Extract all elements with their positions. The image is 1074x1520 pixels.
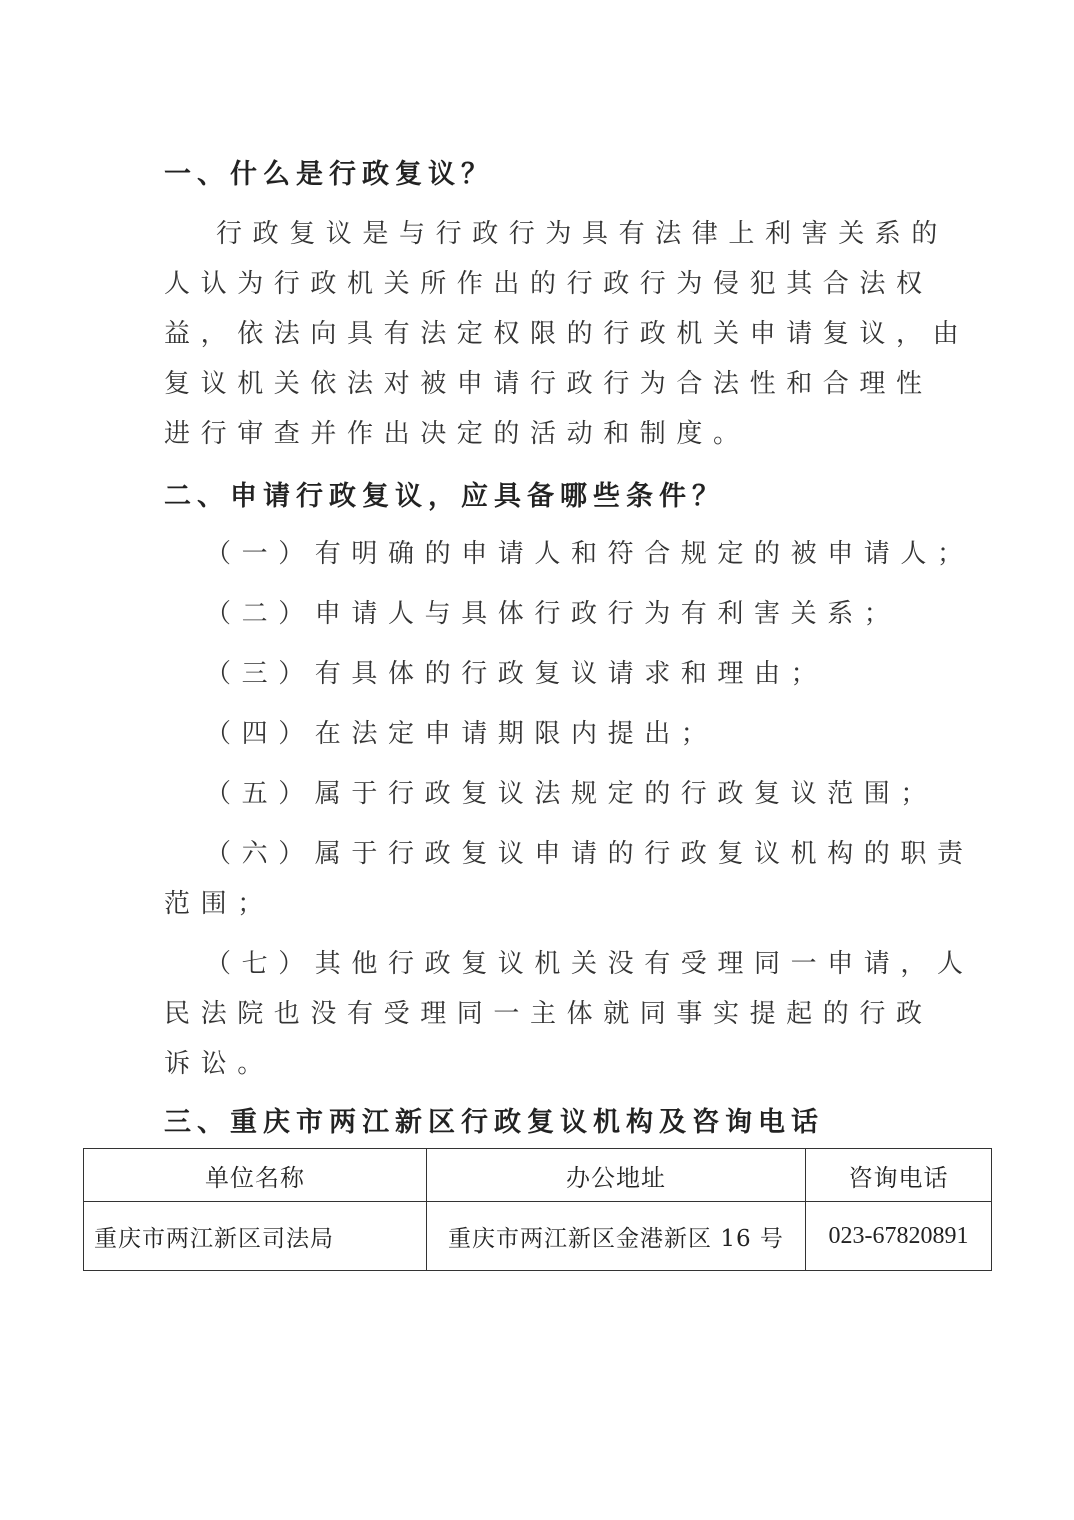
paragraph-line: 复议机关依法对被申请行政行为合法性和合理性: [164, 363, 933, 400]
section-heading-2: 二、申请行政复议，应具备哪些条件？: [164, 474, 725, 513]
cell-office-address: 重庆市两江新区金港新区 16 号: [427, 1202, 806, 1271]
header-phone: 咨询电话: [806, 1149, 992, 1202]
paragraph-line: 行政复议是与行政行为具有法律上利害关系的: [216, 213, 948, 250]
section-heading-1: 一、什么是行政复议？: [164, 152, 494, 191]
header-office-address: 办公地址: [427, 1149, 806, 1202]
condition-item: （一）有明确的申请人和符合规定的被申请人；: [205, 533, 974, 570]
condition-item: （六）属于行政复议申请的行政复议机构的职责: [205, 833, 974, 870]
condition-item: （四）在法定申请期限内提出；: [205, 713, 717, 750]
condition-item: （三）有具体的行政复议请求和理由；: [205, 653, 827, 690]
agency-contact-table: 单位名称 办公地址 咨询电话 重庆市两江新区司法局 重庆市两江新区金港新区 16…: [83, 1148, 992, 1271]
cell-phone: 023-67820891: [806, 1202, 992, 1271]
condition-item-continued: 诉讼。: [164, 1043, 274, 1080]
paragraph-line: 人认为行政机关所作出的行政行为侵犯其合法权: [164, 263, 933, 300]
section-heading-3: 三、重庆市两江新区行政复议机构及咨询电话: [164, 1100, 824, 1139]
header-unit-name: 单位名称: [84, 1149, 427, 1202]
condition-item-continued: 范围；: [164, 883, 274, 920]
condition-item: （七）其他行政复议机关没有受理同一申请，人: [205, 943, 974, 980]
condition-item: （五）属于行政复议法规定的行政复议范围；: [205, 773, 937, 810]
table-row: 重庆市两江新区司法局 重庆市两江新区金港新区 16 号 023-67820891: [84, 1202, 992, 1271]
paragraph-line: 进行审查并作出决定的活动和制度。: [164, 413, 750, 450]
condition-item: （二）申请人与具体行政行为有利害关系；: [205, 593, 900, 630]
cell-unit-name: 重庆市两江新区司法局: [84, 1202, 427, 1271]
table-header-row: 单位名称 办公地址 咨询电话: [84, 1149, 992, 1202]
paragraph-line: 益，依法向具有法定权限的行政机关申请复议，由: [164, 313, 969, 350]
condition-item-continued: 民法院也没有受理同一主体就同事实提起的行政: [164, 993, 933, 1030]
document-page: 一、什么是行政复议？ 行政复议是与行政行为具有法律上利害关系的 人认为行政机关所…: [0, 0, 1074, 1520]
